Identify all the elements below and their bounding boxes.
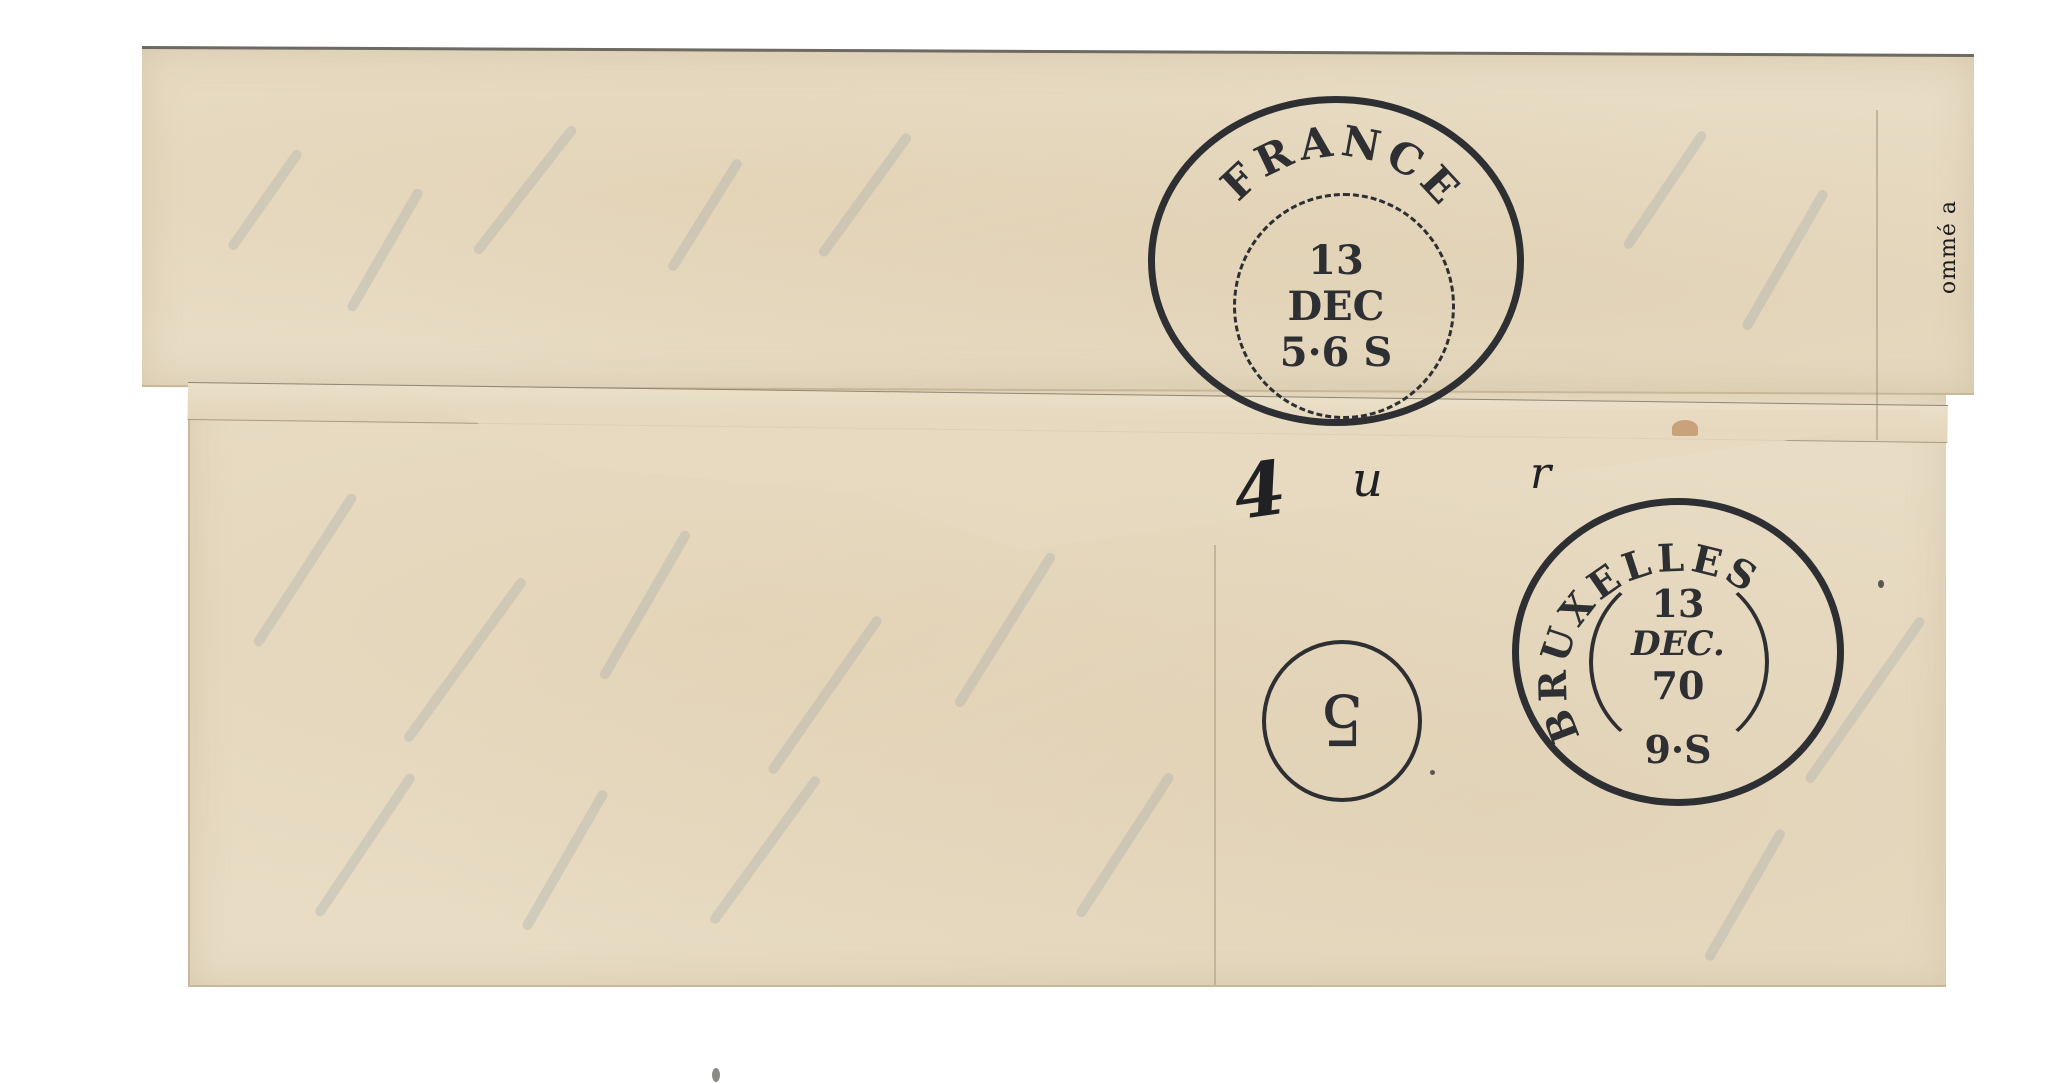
- france-postmark-time: 5·6 S: [1155, 333, 1517, 373]
- france-postmark-day: 13: [1155, 241, 1517, 281]
- margin-printed-text: ommé a: [1936, 200, 1961, 294]
- france-postmark-month: DEC: [1155, 287, 1517, 327]
- bruxelles-postmark: BRUXELLES 13 DEC. 70 9·S: [1512, 498, 1844, 806]
- bruxelles-postmark-year: 70: [1519, 667, 1837, 705]
- stain: [1672, 420, 1698, 436]
- france-postmark: FRANCE 13 DEC 5·6 S: [1148, 96, 1524, 426]
- svg-text:FRANCE: FRANCE: [1211, 115, 1474, 217]
- manuscript-fragment: u: [1352, 452, 1383, 508]
- right-crease: [1876, 110, 1878, 440]
- rate-postmark-value: 5: [1266, 684, 1418, 754]
- speck: [712, 1068, 720, 1082]
- bruxelles-postmark-time: 9·S: [1519, 731, 1837, 769]
- speck: [1430, 770, 1435, 775]
- rate-postmark: 5: [1262, 640, 1422, 802]
- manuscript-fragment: r: [1530, 448, 1551, 499]
- speck: [1878, 580, 1884, 588]
- letter-scan: FRANCE 13 DEC 5·6 S BRUXELLES 13 DEC. 70…: [0, 0, 2048, 1083]
- bruxelles-postmark-day: 13: [1519, 585, 1837, 623]
- bruxelles-postmark-month: DEC.: [1519, 627, 1837, 661]
- letter-top-flap: [142, 46, 1974, 393]
- vertical-crease: [1214, 545, 1216, 985]
